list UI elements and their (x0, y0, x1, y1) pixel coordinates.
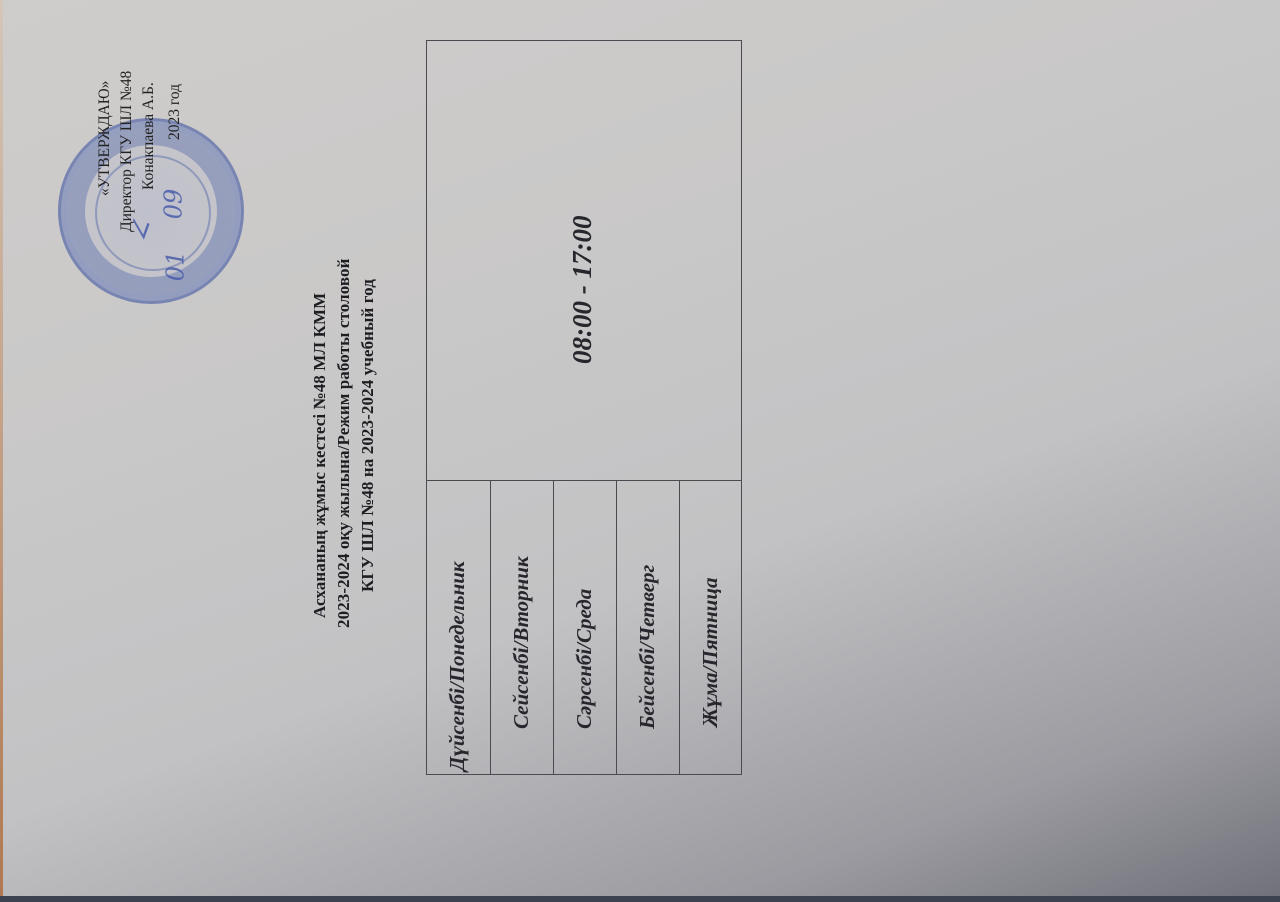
day-row-wednesday: Сәрсенбі/Среда (554, 481, 617, 774)
approval-name: Конакпаева А.Б. (140, 82, 158, 190)
heading-line-1: Асхананың жұмыс кестесі №48 МЛ КММ (310, 293, 330, 618)
schedule-table: 08:00 - 17:00 Дүйсенбі/Понедельник Сейсе… (426, 40, 742, 775)
day-label: Дүйсенбі/Понедельник (445, 561, 470, 771)
day-row-monday: Дүйсенбі/Понедельник (427, 481, 491, 774)
working-hours: 08:00 - 17:00 (567, 216, 598, 364)
day-label: Бейсенбі/Четверг (635, 565, 660, 729)
day-label: Сейсенбі/Вторник (509, 556, 534, 729)
day-label: Жұма/Пятница (698, 577, 723, 727)
day-row-thursday: Бейсенбі/Четверг (617, 481, 680, 774)
heading-line-3: КГУ ШЛ №48 на 2023-2024 учебный год (358, 279, 378, 592)
heading-line-2: 2023-2024 оқу жылына/Режим работы столов… (334, 258, 354, 628)
day-label: Сәрсенбі/Среда (572, 589, 597, 729)
hours-cell: 08:00 - 17:00 (427, 41, 741, 481)
signature-day: 01 (161, 251, 189, 282)
photo-left-edge (0, 0, 3, 902)
approval-label: «УТВЕРЖДАЮ» (96, 81, 114, 196)
approval-position: Директор КГУ ШЛ №48 (118, 71, 136, 232)
signature-month: 09 (159, 189, 187, 220)
day-row-tuesday: Сейсенбі/Вторник (491, 481, 554, 774)
photo-bottom-edge (0, 896, 1280, 902)
day-row-friday: Жұма/Пятница (680, 481, 740, 774)
approval-year: 2023 год (166, 84, 184, 140)
